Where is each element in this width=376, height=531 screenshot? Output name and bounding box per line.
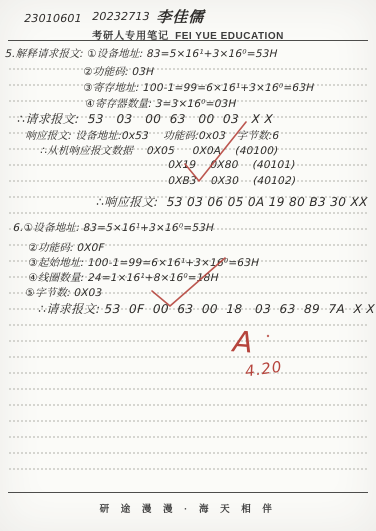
footer-rule	[8, 492, 368, 493]
q5-request-device-address-line: 5.解释请求报文: ①设备地址: 83=5×16¹+3×16⁰=53H	[5, 46, 278, 61]
student-number: 23010601	[24, 12, 82, 25]
q6-byte-count-line: ⑤字节数: 0X03	[25, 285, 103, 300]
q5-function-code-line: ②功能码: 03H	[83, 64, 154, 79]
class-number: 20232713	[92, 10, 150, 23]
notebook-page: 23010601 20232713 李佳儒 考研人专用笔记FEI YUE EDU…	[0, 0, 376, 531]
header-rule	[8, 40, 368, 41]
q5-response-header-line: 响应报文: 设备地址:0x53 功能码:0x03 字节数:6	[25, 128, 280, 143]
q5-register-count-line: ④寄存器数量: 3=3×16⁰=03H	[85, 96, 237, 111]
q5-slave-data-line-3: 0XB3 0X30 (40102)	[168, 175, 296, 187]
grade-mark: A	[232, 324, 254, 359]
q6-start-address-line: ③起始地址: 100-1=99=6×16¹+3×16⁰=63H	[28, 255, 259, 270]
q5-slave-data-line-2: 0X19 0X80 (40101)	[168, 159, 296, 171]
q5-response-message-line: ∴响应报文: 53 03 06 05 0A 19 80 B3 30 XX	[96, 193, 368, 210]
q6-function-code-line: ②功能码: 0X0F	[28, 240, 105, 255]
q6-device-address-line: 6.①设备地址: 83=5×16¹+3×16⁰=53H	[13, 220, 214, 235]
footer-slogan: 研 途 漫 漫 · 海 天 相 伴	[0, 501, 376, 515]
q5-request-message-line: ∴请求报文: 53 03 00 63 00 03 X X	[17, 110, 273, 127]
q6-coil-count-line: ④线圈数量: 24=1×16¹+8×16⁰=18H	[28, 270, 219, 285]
q5-slave-data-line-1: ∴从机响应报文数据 0X05 0X0A (40100)	[40, 143, 279, 158]
q6-request-message-line: ∴请求报文: 53 0F 00 63 00 18 03 63 89 7A X X	[38, 300, 375, 317]
q5-register-address-line: ③寄存地址: 100-1=99=6×16¹+3×16⁰=63H	[83, 80, 314, 95]
student-name: 李佳儒	[156, 6, 205, 27]
